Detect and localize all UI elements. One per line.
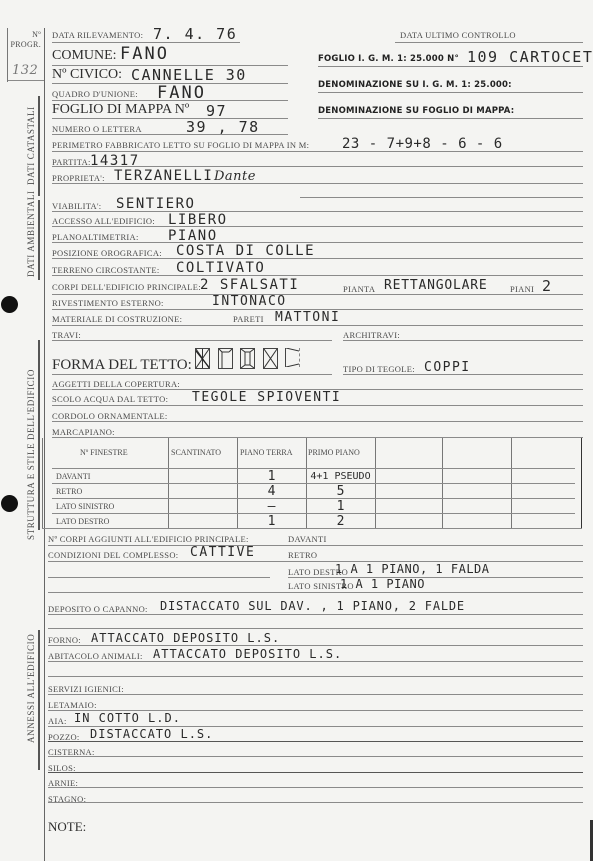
- rule: [318, 66, 583, 67]
- pianta-label: PIANTA: [343, 284, 375, 294]
- rule: [288, 577, 583, 578]
- roof-option-capanna-double-icon[interactable]: [240, 348, 255, 369]
- rule: [52, 374, 332, 375]
- note-label: NOTE:: [48, 819, 86, 835]
- section-label-struttura: STRUTTURA E STILE DELL'EDIFICIO: [26, 369, 36, 540]
- rule: [48, 741, 583, 742]
- retro-label: RETRO: [288, 550, 317, 560]
- table-cell: 1: [237, 469, 306, 484]
- rule: [343, 374, 583, 375]
- posizione-value: COSTA DI COLLE: [176, 243, 315, 259]
- piani-value: 2: [542, 277, 553, 295]
- deposito-label: DEPOSITO o CAPANNO:: [48, 604, 148, 614]
- rule: [48, 756, 583, 757]
- tipo-tegole-label: TIPO DI TEGOLE:: [343, 364, 415, 374]
- rule: [52, 258, 583, 259]
- row-label: LATO SINISTRO: [56, 502, 114, 511]
- civico-value: CANNELLE 30: [131, 66, 247, 84]
- corpi-value: 2 SFALSATI: [200, 277, 299, 293]
- foglio-igm-value: 109 CARTOCETO: [467, 48, 593, 66]
- row-label: RETRO: [56, 487, 82, 496]
- cordolo-label: CORDOLO ORNAMENTALE:: [52, 411, 168, 421]
- rule: [52, 242, 583, 243]
- rule: [48, 577, 270, 578]
- marcapiano-label: MARCAPIANO:: [52, 427, 115, 437]
- roof-option-padiglione-icon[interactable]: [195, 348, 210, 369]
- rule: [48, 645, 583, 646]
- forma-tetto-label: FORMA DEL TETTO:: [52, 357, 192, 374]
- section-label-dati-catastali: DATI CATASTALI: [26, 106, 36, 185]
- section-label-annessi: ANNESSI ALL'EDIFICIO: [26, 634, 36, 743]
- table-cell: 1: [237, 514, 306, 529]
- rule: [52, 134, 288, 135]
- posizione-label: POSIZIONE OROGRAFICA:: [52, 248, 162, 258]
- rule: [48, 676, 583, 677]
- rule: [52, 42, 240, 43]
- viabilita-label: VIABILITA':: [52, 201, 101, 211]
- bracket: [38, 96, 40, 196]
- pozzo-value: DISTACCATO L.S.: [90, 727, 213, 741]
- comune-label: COMUNE:: [52, 48, 117, 64]
- rule: [52, 275, 583, 276]
- rule: [48, 802, 583, 803]
- rule: [52, 294, 583, 295]
- rule: [48, 661, 583, 662]
- aia-value: IN COTTO L.D.: [74, 711, 181, 725]
- foglio-mappa-label: FOGLIO DI MAPPA Nº: [52, 102, 189, 118]
- pareti-value: MATTONI: [275, 310, 340, 325]
- roof-option-falda-icon[interactable]: [285, 348, 300, 367]
- forno-label: FORNO:: [48, 635, 81, 645]
- perimetro-value: 23 - 7+9+8 - 6 - 6: [342, 136, 503, 152]
- rule: [52, 183, 583, 184]
- rule: [48, 772, 583, 773]
- col-header: PRIMO PIANO: [308, 448, 360, 457]
- foglio-igm-label: FOGLIO I. G. M. 1: 25.000 N°: [318, 54, 459, 64]
- bracket: [38, 630, 40, 770]
- punch-hole: [1, 296, 18, 313]
- rule: [318, 92, 583, 93]
- piani-label: PIANI: [510, 284, 534, 294]
- comune-value: FANO: [120, 44, 169, 64]
- rule: [52, 340, 332, 341]
- data-ultimo-controllo-label: DATA ULTIMO CONTROLLO: [400, 30, 516, 40]
- rule: [300, 197, 583, 198]
- finestre-table: Nº FINESTRE SCANTINATO PIANO TERRA PRIMO…: [42, 438, 582, 528]
- corpi-label: CORPI DELL'EDIFICIO PRINCIPALE:: [52, 282, 201, 292]
- davanti-label: DAVANTI: [288, 534, 327, 544]
- n-progr-label: Nº PROGR.: [9, 30, 41, 50]
- materiale-label: MATERIALE DI COSTRUZIONE:: [52, 314, 182, 324]
- bracket: [38, 340, 40, 530]
- proprieta-first-name: Dante: [214, 169, 256, 184]
- rule: [52, 226, 583, 227]
- rule: [52, 405, 583, 406]
- pareti-label: PARETI: [233, 314, 264, 324]
- rule: [48, 694, 583, 695]
- rule: [8, 80, 44, 81]
- deposito-value: DISTACCATO SUL DAV. , 1 PIANO, 2 FALDE: [160, 599, 465, 613]
- table-cell: 4: [237, 484, 306, 499]
- terreno-value: COLTIVATO: [176, 260, 265, 276]
- quadro-label: QUADRO D'UNIONE:: [52, 89, 138, 99]
- denominazione-foglio-label: DENOMINAZIONE SU FOGLIO DI MAPPA:: [318, 106, 514, 116]
- servizi-label: SERVIZI IGIENICI:: [48, 684, 124, 694]
- letamaio-label: LETAMAIO:: [48, 700, 97, 710]
- lato-destro-value: 1 A 1 PIANO, 1 FALDA: [335, 562, 490, 576]
- rule: [52, 166, 583, 167]
- data-rilevamento-value: 7. 4. 76: [153, 25, 237, 43]
- rule: [48, 614, 583, 615]
- col-header: SCANTINATO: [171, 448, 221, 457]
- civico-label: Nº CIVICO:: [52, 67, 122, 83]
- rule: [395, 42, 583, 43]
- denominazione-igm-label: DENOMINAZIONE SU I. G. M. 1: 25.000:: [318, 80, 512, 90]
- row-label: LATO DESTRO: [56, 517, 109, 526]
- roof-option-crociera-icon[interactable]: [263, 348, 278, 369]
- roof-option-capanna-icon[interactable]: [218, 348, 233, 369]
- lato-sinistro-value: 1 A 1 PIANO: [340, 577, 425, 591]
- accesso-label: ACCESSO ALL'EDIFICIO:: [52, 216, 155, 226]
- rivestimento-value: INTONACO: [212, 294, 287, 309]
- forno-value: ATTACCATO DEPOSITO L.S.: [91, 631, 280, 645]
- pianta-value: RETTANGOLARE: [384, 278, 488, 293]
- table-cell: 4+1 PSEUDO: [306, 471, 375, 482]
- rule: [318, 118, 583, 119]
- architravi-label: ARCHITRAVI:: [343, 330, 400, 340]
- punch-hole: [1, 495, 18, 512]
- rule: [48, 787, 583, 788]
- table-cell: —: [237, 499, 306, 514]
- corpi-aggiunti-label: Nº CORPI AGGIUNTI ALL'EDIFICIO PRINCIPAL…: [48, 534, 249, 544]
- rule: [52, 421, 583, 422]
- numero-label: NUMERO o LETTERA: [52, 124, 142, 134]
- rule: [48, 545, 583, 546]
- table-cell: 5: [306, 484, 375, 499]
- rule: [48, 592, 583, 593]
- rule: [52, 100, 288, 101]
- condizioni-label: CONDIZIONI DEL COMPLESSO:: [48, 550, 178, 560]
- scolo-value: TEGOLE SPIOVENTI: [192, 390, 341, 405]
- rule: [52, 151, 583, 152]
- proprieta-label: PROPRIETA':: [52, 173, 105, 183]
- scolo-label: SCOLO ACQUA DAL TETTO:: [52, 394, 168, 404]
- rule: [48, 561, 583, 562]
- condizioni-value: CATTIVE: [190, 545, 255, 560]
- rule: [52, 325, 583, 326]
- rule: [343, 340, 583, 341]
- terreno-label: TERRENO CIRCOSTANTE:: [52, 265, 160, 275]
- table-cell: 2: [306, 514, 375, 529]
- aggetti-label: AGGETTI DELLA COPERTURA:: [52, 379, 180, 389]
- col-header: PIANO TERRA: [240, 448, 293, 457]
- abitacolo-label: ABITACOLO ANIMALI:: [48, 651, 143, 661]
- row-label: DAVANTI: [56, 472, 90, 481]
- progr-box-line: [7, 28, 8, 82]
- rivestimento-label: RIVESTIMENTO ESTERNO:: [52, 298, 164, 308]
- table-cell: 1: [306, 499, 375, 514]
- n-progr-value: 132: [12, 63, 38, 78]
- travi-label: TRAVI:: [52, 330, 81, 340]
- aia-label: AIA:: [48, 716, 67, 726]
- data-rilevamento-label: DATA RILEVAMENTO:: [52, 30, 143, 40]
- abitacolo-value: ATTACCATO DEPOSITO L.S.: [153, 647, 342, 661]
- planoaltimetria-label: PLANOALTIMETRIA:: [52, 232, 139, 242]
- tipo-tegole-value: COPPI: [424, 360, 471, 375]
- proprieta-value: TERZANELLI: [114, 168, 213, 184]
- viabilita-value: SENTIERO: [116, 196, 195, 212]
- rule: [48, 628, 583, 629]
- section-label-dati-ambientali: DATI AMBIENTALI: [26, 190, 36, 277]
- perimetro-label: PERIMETRO FABBRICATO LETTO SU FOGLIO DI …: [52, 140, 309, 150]
- bracket: [38, 200, 40, 280]
- rule: [52, 211, 583, 212]
- col-header: Nº FINESTRE: [80, 448, 128, 457]
